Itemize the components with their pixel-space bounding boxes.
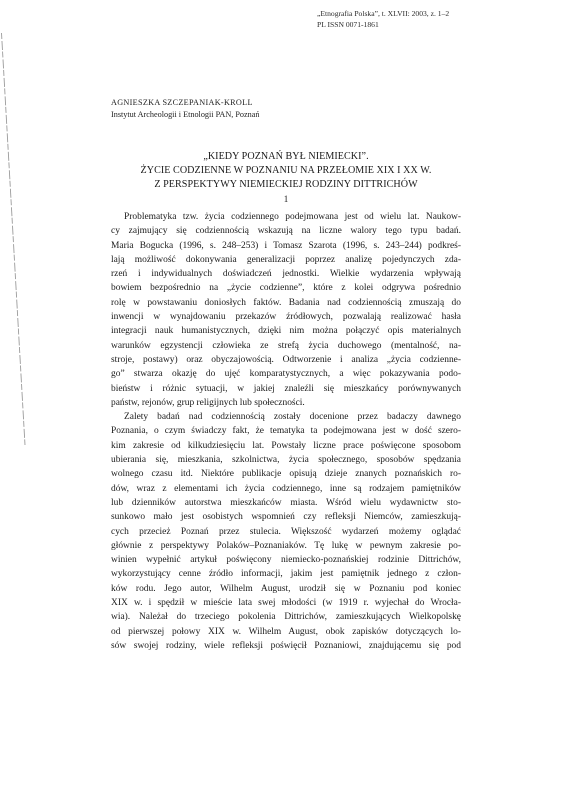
body-line: ubierania się, mieszkania, szkolnictwa, … (111, 453, 461, 467)
body-line: bowiem bezpośrednio na „życie codzienne”… (111, 281, 461, 295)
body-line: integracji nauk humanistycznych, dzięki … (111, 324, 461, 338)
body-line: od pierwszej połowy XIX w. Wilhelm Augus… (111, 625, 461, 639)
body-line: wykorzystujący cenne źródło informacji, … (111, 567, 461, 581)
body-line: sów swojej rodziny, wiele refleksji pośw… (111, 639, 461, 653)
body-line: winien wypełnić artykuł poświęcony niemi… (111, 553, 461, 567)
journal-issn: PL ISSN 0071-1861 (317, 20, 449, 31)
title-line-2: ŻYCIE CODZIENNE W POZNANIU NA PRZEŁOMIE … (100, 164, 472, 178)
author-name: AGNIESZKA SZCZEPANIAK-KROLL (111, 97, 259, 109)
body-line: inwencji w wynajdowaniu przekazów źródło… (111, 310, 461, 324)
body-line: warunków egzystencji człowieka ze strefą… (111, 339, 461, 353)
body-line: go” stwarza okazję do ujęć komparatystyc… (111, 367, 461, 381)
body-line: cych przecież Poznań przez stulecia. Wię… (111, 525, 461, 539)
section-number: 1 (100, 193, 472, 205)
body-line: państw, rejonów, grup religijnych lub sp… (111, 396, 461, 410)
body-line: Maria Bogucka (1996, s. 248–253) i Tomas… (111, 239, 461, 253)
body-line: stroje, postawy) oraz obyczajowością. Od… (111, 353, 461, 367)
body-line: XIX w. i spędził w mieście lata swej mło… (111, 596, 461, 610)
body-line: wia). Należał do trzeciego pokolenia Dit… (111, 610, 461, 624)
journal-citation: „Etnografia Polska”, t. XLVII: 2003, z. … (317, 9, 449, 20)
title-line-1: „KIEDY POZNAŃ BYŁ NIEMIECKI”. (100, 150, 472, 164)
body-line: ków rodu. Jego autor, Wilhelm August, ur… (111, 582, 461, 596)
body-line: lub dzienników autorstwa mieszkańców mia… (111, 496, 461, 510)
body-line: lają możliwość dokonywania generalizacji… (111, 253, 461, 267)
body-line: Poznania, o czym świadczy fakt, że temat… (111, 424, 461, 438)
journal-reference: „Etnografia Polska”, t. XLVII: 2003, z. … (317, 9, 449, 30)
article-title: „KIEDY POZNAŃ BYŁ NIEMIECKI”. ŻYCIE CODZ… (100, 150, 472, 192)
body-line: wolnego czasu itd. Niektóre publikacje o… (111, 467, 461, 481)
body-line: głównie z perspektywy Polaków–Poznaniakó… (111, 539, 461, 553)
author-block: AGNIESZKA SZCZEPANIAK-KROLL Instytut Arc… (111, 97, 259, 121)
body-line: cy zajmujący się codziennością wskazują … (111, 224, 461, 238)
body-text: Problematyka tzw. życia codziennego pode… (111, 210, 461, 653)
body-line: Zalety badań nad codziennością zostały d… (111, 410, 461, 424)
body-line: rzeń i indywidualnych doświadczeń jednos… (111, 267, 461, 281)
author-affiliation: Instytut Archeologii i Etnologii PAN, Po… (111, 109, 259, 121)
body-line: bieństw i różnic sytuacji, w jakiej znal… (111, 382, 461, 396)
body-line: dów, wraz z elementami ich życia codzien… (111, 482, 461, 496)
body-line: Problematyka tzw. życia codziennego pode… (111, 210, 461, 224)
body-line: rolę w powstawaniu doniosłych faktów. Ba… (111, 296, 461, 310)
body-line: sunkowo mało jest osobistych wspomnień c… (111, 510, 461, 524)
body-line: kim zakresie od kilkudziesięciu lat. Pow… (111, 439, 461, 453)
title-line-3: Z PERSPEKTYWY NIEMIECKIEJ RODZINY DITTRI… (100, 178, 472, 192)
